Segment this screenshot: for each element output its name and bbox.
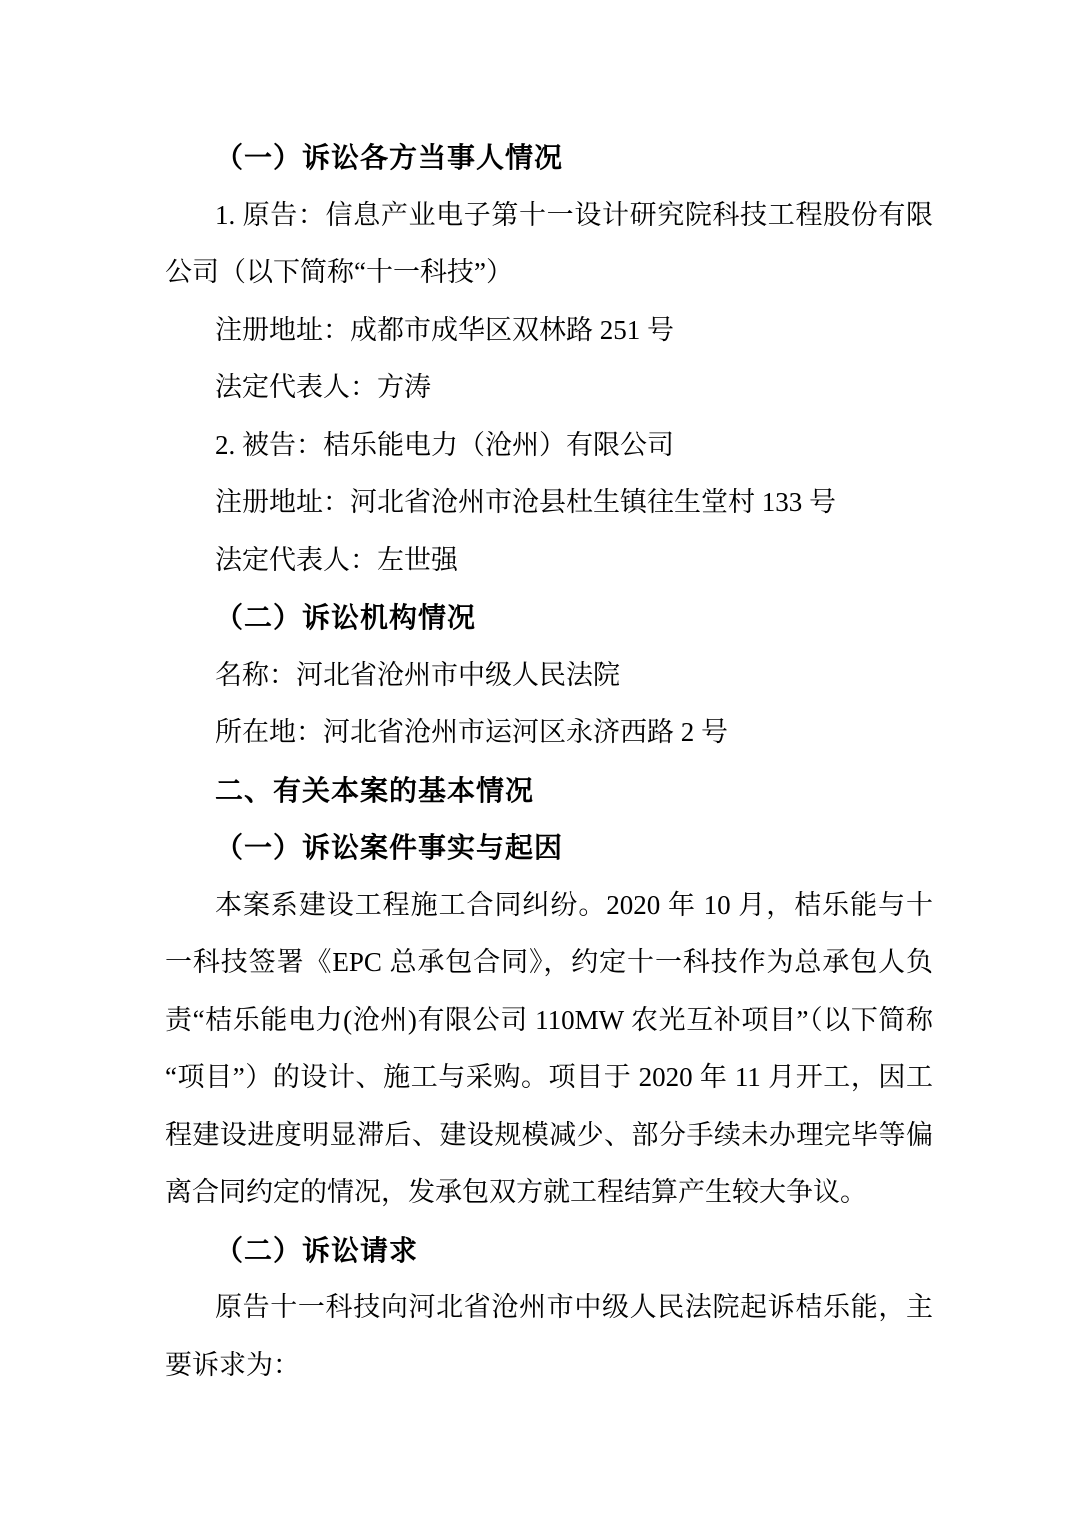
paragraph: 注册地址：成都市成华区双林路 251 号 [165, 302, 933, 360]
paragraph: 本案系建设工程施工合同纠纷。2020 年 10 月，桔乐能与十一科技签署《EPC… [165, 877, 933, 1222]
paragraph: 1. 原告：信息产业电子第十一设计研究院科技工程股份有限公司（以下简称“十一科技… [165, 187, 933, 302]
document-page: （一）诉讼各方当事人情况1. 原告：信息产业电子第十一设计研究院科技工程股份有限… [0, 0, 1080, 1527]
paragraph: 法定代表人：方涛 [165, 359, 933, 417]
document-body: （一）诉讼各方当事人情况1. 原告：信息产业电子第十一设计研究院科技工程股份有限… [0, 0, 1080, 1394]
paragraph: 2. 被告：桔乐能电力（沧州）有限公司 [165, 417, 933, 475]
paragraph: 名称：河北省沧州市中级人民法院 [165, 647, 933, 705]
section-heading: （一）诉讼各方当事人情况 [165, 129, 933, 187]
section-heading: 二、有关本案的基本情况 [165, 762, 933, 820]
paragraph: 原告十一科技向河北省沧州市中级人民法院起诉桔乐能，主要诉求为： [165, 1279, 933, 1394]
paragraph: 注册地址：河北省沧州市沧县杜生镇往生堂村 133 号 [165, 474, 933, 532]
section-heading: （二）诉讼请求 [165, 1222, 933, 1280]
paragraph: 法定代表人：左世强 [165, 532, 933, 590]
section-heading: （一）诉讼案件事实与起因 [165, 819, 933, 877]
section-heading: （二）诉讼机构情况 [165, 589, 933, 647]
paragraph: 所在地：河北省沧州市运河区永济西路 2 号 [165, 704, 933, 762]
